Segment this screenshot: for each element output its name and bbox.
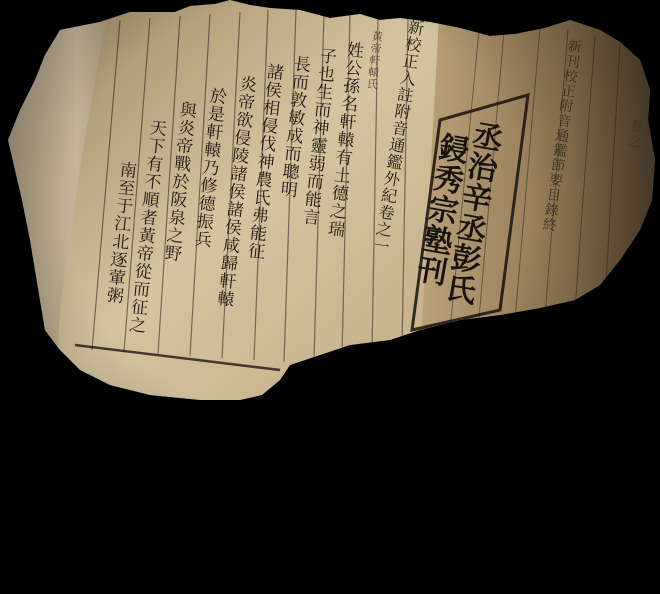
right-page-far-column: 卷之 [626,118,644,150]
book-photograph: 丞治辛丞彭氏 鋟秀宗塾刊 新刊校正附音通鑑節要目錄終 卷之 新校正入註附音通鑑外… [0,0,660,594]
photo-stage: 丞治辛丞彭氏 鋟秀宗塾刊 新刊校正附音通鑑節要目錄終 卷之 新校正入註附音通鑑外… [0,0,660,594]
